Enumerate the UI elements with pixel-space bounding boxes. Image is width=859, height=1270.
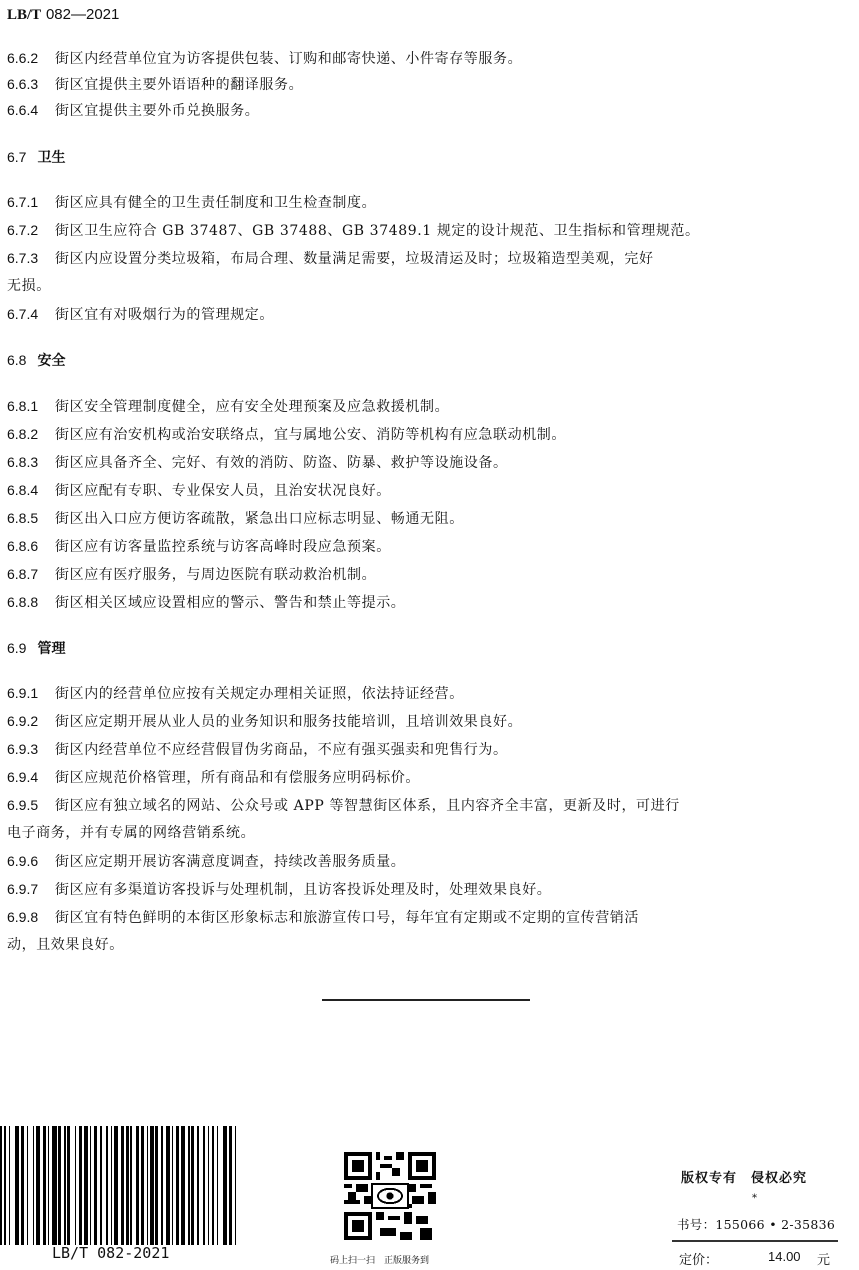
clause-number: 6.9.4 bbox=[7, 768, 55, 786]
section-title: 安全 bbox=[37, 353, 65, 369]
clause-number: 6.7.2 bbox=[7, 221, 55, 239]
clause-text: 街区出入口应方便访客疏散，紧急出口应标志明显、畅通无阻。 bbox=[55, 511, 464, 527]
clause-text: 街区应定期开展从业人员的业务知识和服务技能培训，且培训效果良好。 bbox=[55, 714, 522, 730]
section-number: 6.8 bbox=[7, 351, 33, 369]
end-of-document-rule bbox=[322, 999, 530, 1001]
standard-number: 082—2021 bbox=[46, 6, 119, 23]
clause-6-9-4: 6.9.4街区应规范价格管理，所有商品和有偿服务应明码标价。 bbox=[7, 768, 849, 787]
clause-text: 街区宜提供主要外语语种的翻译服务。 bbox=[55, 77, 303, 93]
section-title: 管理 bbox=[37, 641, 65, 657]
clause-number: 6.8.6 bbox=[7, 537, 55, 555]
price-value: 14.00 bbox=[768, 1249, 801, 1264]
clause-number: 6.8.1 bbox=[7, 397, 55, 415]
clause-6-9-8: 6.9.8街区宜有特色鲜明的本街区形象标志和旅游宣传口号，每年宜有定期或不定期的… bbox=[7, 908, 849, 927]
section-title: 卫生 bbox=[37, 150, 65, 166]
clause-number: 6.9.2 bbox=[7, 712, 55, 730]
qr-caption: 码上扫一扫 正版服务到 bbox=[330, 1253, 429, 1266]
clause-text: 街区内应设置分类垃圾箱，布局合理、数量满足需要，垃圾清运及时；垃圾箱造型美观，完… bbox=[55, 251, 654, 267]
clause-text: 街区内的经营单位应按有关规定办理相关证照，依法持证经营。 bbox=[55, 686, 464, 702]
clause-text: 街区宜有特色鲜明的本街区形象标志和旅游宣传口号，每年宜有定期或不定期的宣传营销活 bbox=[55, 910, 639, 926]
clause-text: 街区宜提供主要外币兑换服务。 bbox=[55, 103, 259, 119]
price-divider bbox=[672, 1240, 838, 1242]
clause-number: 6.8.7 bbox=[7, 565, 55, 583]
qr-code-image bbox=[344, 1152, 436, 1240]
price-label: 定价： bbox=[679, 1249, 718, 1268]
section-heading-6-8: 6.8 安全 bbox=[7, 351, 65, 370]
clause-6-8-3: 6.8.3街区应具备齐全、完好、有效的消防、防盗、防暴、救护等设施设备。 bbox=[7, 453, 849, 472]
clause-number: 6.6.2 bbox=[7, 49, 55, 67]
clause-6-7-1: 6.7.1街区应具有健全的卫生责任制度和卫生检查制度。 bbox=[7, 193, 849, 212]
copyright-notice: 版权专有 侵权必究 bbox=[681, 1167, 807, 1186]
standard-prefix: LB/T bbox=[7, 7, 41, 23]
clause-number: 6.9.7 bbox=[7, 880, 55, 898]
clause-number: 6.8.3 bbox=[7, 453, 55, 471]
clause-6-7-3: 6.7.3街区内应设置分类垃圾箱，布局合理、数量满足需要，垃圾清运及时；垃圾箱造… bbox=[7, 249, 849, 268]
clause-6-9-1: 6.9.1街区内的经营单位应按有关规定办理相关证照，依法持证经营。 bbox=[7, 684, 849, 703]
barcode-image bbox=[0, 1126, 236, 1245]
clause-number: 6.9.5 bbox=[7, 796, 55, 814]
clause-6-9-2: 6.9.2街区应定期开展从业人员的业务知识和服务技能培训，且培训效果良好。 bbox=[7, 712, 849, 731]
clause-6-8-4: 6.8.4街区应配有专职、专业保安人员，且治安状况良好。 bbox=[7, 481, 849, 500]
price-unit: 元 bbox=[817, 1249, 830, 1268]
clause-number: 6.9.6 bbox=[7, 852, 55, 870]
section-heading-6-7: 6.7 卫生 bbox=[7, 148, 65, 167]
section-number: 6.9 bbox=[7, 639, 33, 657]
clause-6-8-7: 6.8.7街区应有医疗服务，与周边医院有联动救治机制。 bbox=[7, 565, 849, 584]
clause-6-7-2: 6.7.2街区卫生应符合 GB 37487、GB 37488、GB 37489.… bbox=[7, 221, 849, 240]
clause-text: 街区应有多渠道访客投诉与处理机制，且访客投诉处理及时，处理效果良好。 bbox=[55, 882, 551, 898]
clause-number: 6.7.1 bbox=[7, 193, 55, 211]
clause-6-9-7: 6.9.7街区应有多渠道访客投诉与处理机制，且访客投诉处理及时，处理效果良好。 bbox=[7, 880, 849, 899]
barcode-label: LB/T 082-2021 bbox=[52, 1244, 169, 1262]
clause-text: 街区应有独立域名的网站、公众号或 APP 等智慧街区体系，且内容齐全丰富，更新及… bbox=[55, 798, 680, 814]
clause-text: 街区内经营单位不应经营假冒伪劣商品，不应有强买强卖和兜售行为。 bbox=[55, 742, 508, 758]
clause-text: 街区应有访客量监控系统与访客高峰时段应急预案。 bbox=[55, 539, 391, 555]
clause-number: 6.7.3 bbox=[7, 249, 55, 267]
clause-number: 6.8.4 bbox=[7, 481, 55, 499]
clause-text: 街区应具有健全的卫生责任制度和卫生检查制度。 bbox=[55, 195, 376, 211]
clause-6-8-1: 6.8.1街区安全管理制度健全，应有安全处理预案及应急救援机制。 bbox=[7, 397, 849, 416]
clause-6-6-2: 6.6.2街区内经营单位宜为访客提供包装、订购和邮寄快递、小件寄存等服务。 bbox=[7, 49, 849, 68]
clause-number: 6.6.4 bbox=[7, 101, 55, 119]
section-number: 6.7 bbox=[7, 148, 33, 166]
clause-number: 6.7.4 bbox=[7, 305, 55, 323]
clause-6-8-5: 6.8.5街区出入口应方便访客疏散，紧急出口应标志明显、畅通无阻。 bbox=[7, 509, 849, 528]
clause-6-9-8-continuation: 动，且效果良好。 bbox=[7, 936, 124, 954]
document-code-header: LB/T 082—2021 bbox=[7, 5, 119, 24]
clause-6-9-5-continuation: 电子商务，并有专属的网络营销系统。 bbox=[7, 824, 255, 842]
clause-6-7-4: 6.7.4街区宜有对吸烟行为的管理规定。 bbox=[7, 305, 849, 324]
clause-6-8-6: 6.8.6街区应有访客量监控系统与访客高峰时段应急预案。 bbox=[7, 537, 849, 556]
clause-number: 6.9.8 bbox=[7, 908, 55, 926]
clause-6-9-3: 6.9.3街区内经营单位不应经营假冒伪劣商品，不应有强买强卖和兜售行为。 bbox=[7, 740, 849, 759]
clause-text: 街区宜有对吸烟行为的管理规定。 bbox=[55, 307, 274, 323]
clause-text: 街区应有医疗服务，与周边医院有联动救治机制。 bbox=[55, 567, 376, 583]
clause-number: 6.9.1 bbox=[7, 684, 55, 702]
book-number: 书号：155066 • 2-35836 bbox=[677, 1215, 835, 1233]
clause-6-7-3-continuation: 无损。 bbox=[7, 277, 51, 295]
clause-number: 6.8.5 bbox=[7, 509, 55, 527]
clause-text: 街区卫生应符合 GB 37487、GB 37488、GB 37489.1 规定的… bbox=[55, 223, 700, 239]
clause-6-9-6: 6.9.6街区应定期开展访客满意度调查，持续改善服务质量。 bbox=[7, 852, 849, 871]
section-heading-6-9: 6.9 管理 bbox=[7, 639, 65, 658]
clause-text: 街区应配有专职、专业保安人员，且治安状况良好。 bbox=[55, 483, 391, 499]
clause-text: 街区应定期开展访客满意度调查，持续改善服务质量。 bbox=[55, 854, 405, 870]
clause-text: 街区应有治安机构或治安联络点，宜与属地公安、消防等机构有应急联动机制。 bbox=[55, 427, 566, 443]
clause-number: 6.8.2 bbox=[7, 425, 55, 443]
clause-number: 6.6.3 bbox=[7, 75, 55, 93]
clause-number: 6.8.8 bbox=[7, 593, 55, 611]
clause-text: 街区内经营单位宜为访客提供包装、订购和邮寄快递、小件寄存等服务。 bbox=[55, 51, 522, 67]
clause-text: 街区应规范价格管理，所有商品和有偿服务应明码标价。 bbox=[55, 770, 420, 786]
clause-6-6-3: 6.6.3街区宜提供主要外语语种的翻译服务。 bbox=[7, 75, 849, 94]
clause-6-8-8: 6.8.8街区相关区域应设置相应的警示、警告和禁止等提示。 bbox=[7, 593, 849, 612]
clause-6-9-5: 6.9.5街区应有独立域名的网站、公众号或 APP 等智慧街区体系，且内容齐全丰… bbox=[7, 796, 849, 815]
clause-number: 6.9.3 bbox=[7, 740, 55, 758]
clause-6-8-2: 6.8.2街区应有治安机构或治安联络点，宜与属地公安、消防等机构有应急联动机制。 bbox=[7, 425, 849, 444]
clause-text: 街区相关区域应设置相应的警示、警告和禁止等提示。 bbox=[55, 595, 405, 611]
clause-text: 街区安全管理制度健全，应有安全处理预案及应急救援机制。 bbox=[55, 399, 449, 415]
asterisk-mark: * bbox=[752, 1193, 757, 1204]
clause-text: 街区应具备齐全、完好、有效的消防、防盗、防暴、救护等设施设备。 bbox=[55, 455, 508, 471]
clause-6-6-4: 6.6.4街区宜提供主要外币兑换服务。 bbox=[7, 101, 849, 120]
